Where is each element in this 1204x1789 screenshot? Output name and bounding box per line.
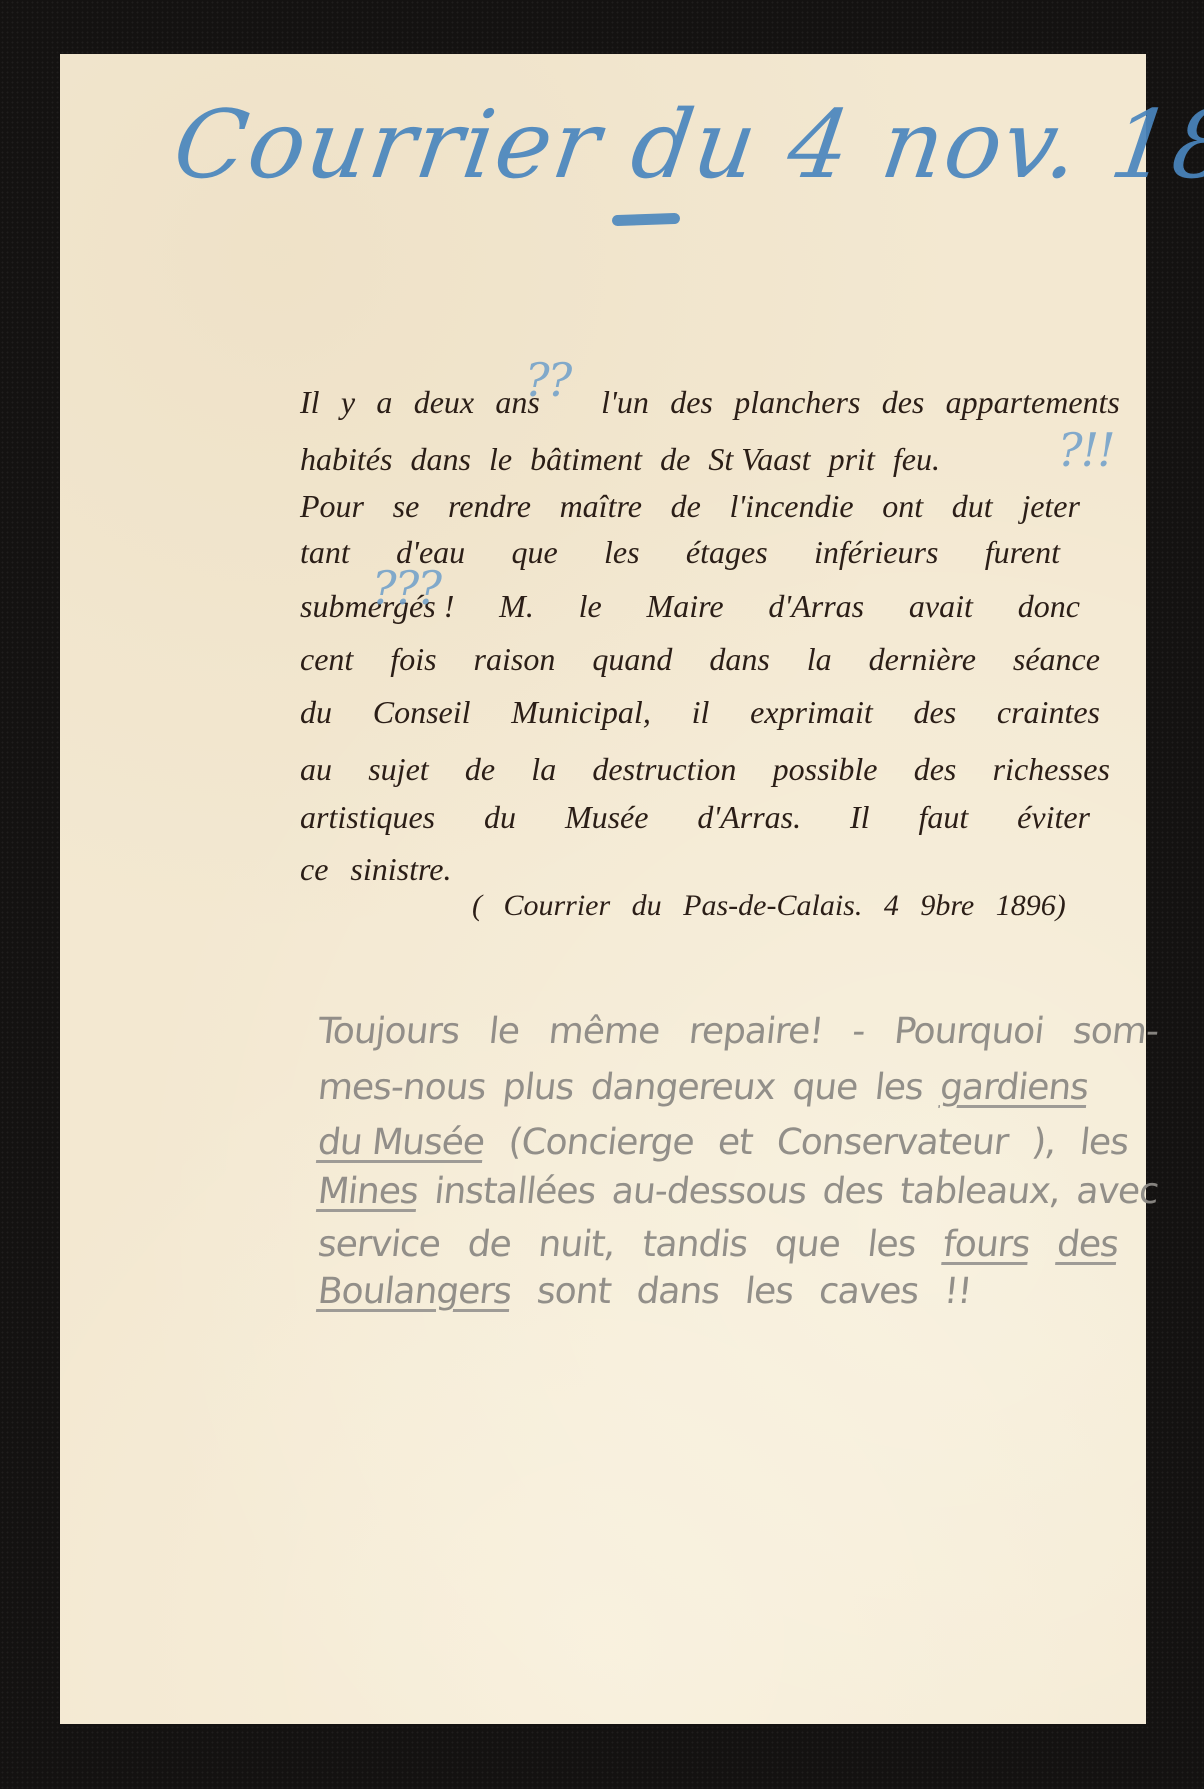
title-underline-dash [612,213,680,226]
ink-line-10: ce sinistre. [300,849,451,889]
pencil-line-2: mes-nous plus dangereux que les gardiens [315,1062,1090,1114]
pencil-line-3: du Musée (Concierge et Conservateur ), l… [315,1117,1130,1169]
ink-line-3: Pour se rendre maître de l'incendie ont … [300,486,1080,526]
ink-line-7: du Conseil Municipal, il exprimait des c… [300,692,1100,732]
blue-question-marks-1: ?? [525,356,570,404]
ink-line-9: artistiques du Musée d'Arras. Il faut év… [300,797,1090,837]
ink-line-8: au sujet de la destruction possible des … [300,749,1110,789]
pencil-line-1: Toujours le même repaire! - Pourquoi som… [315,1006,1160,1058]
pencil-line-4: Mines installées au-dessous des tableaux… [315,1166,1160,1218]
blue-question-marks-2: ?!! [1058,426,1114,474]
pencil-line-5: service de nuit, tandis que les fours de… [315,1219,1120,1271]
blue-question-marks-3: ??? [372,564,440,612]
pencil-line-6: Boulangers sont dans les caves !! [315,1266,973,1318]
source-citation: ( Courrier du Pas-de-Calais. 4 9bre 1896… [472,886,1162,926]
page-title: Courrier du 4 nov. 1896 [167,86,1094,206]
ink-line-2: habités dans le bâtiment de St Vaast pri… [300,439,940,479]
ink-line-6: cent fois raison quand dans la dernière … [300,639,1100,679]
manuscript-page: Courrier du 4 nov. 1896 Il y a deux ans … [60,54,1146,1724]
ink-line-1: Il y a deux ans l'un des planchers des a… [300,382,1120,422]
